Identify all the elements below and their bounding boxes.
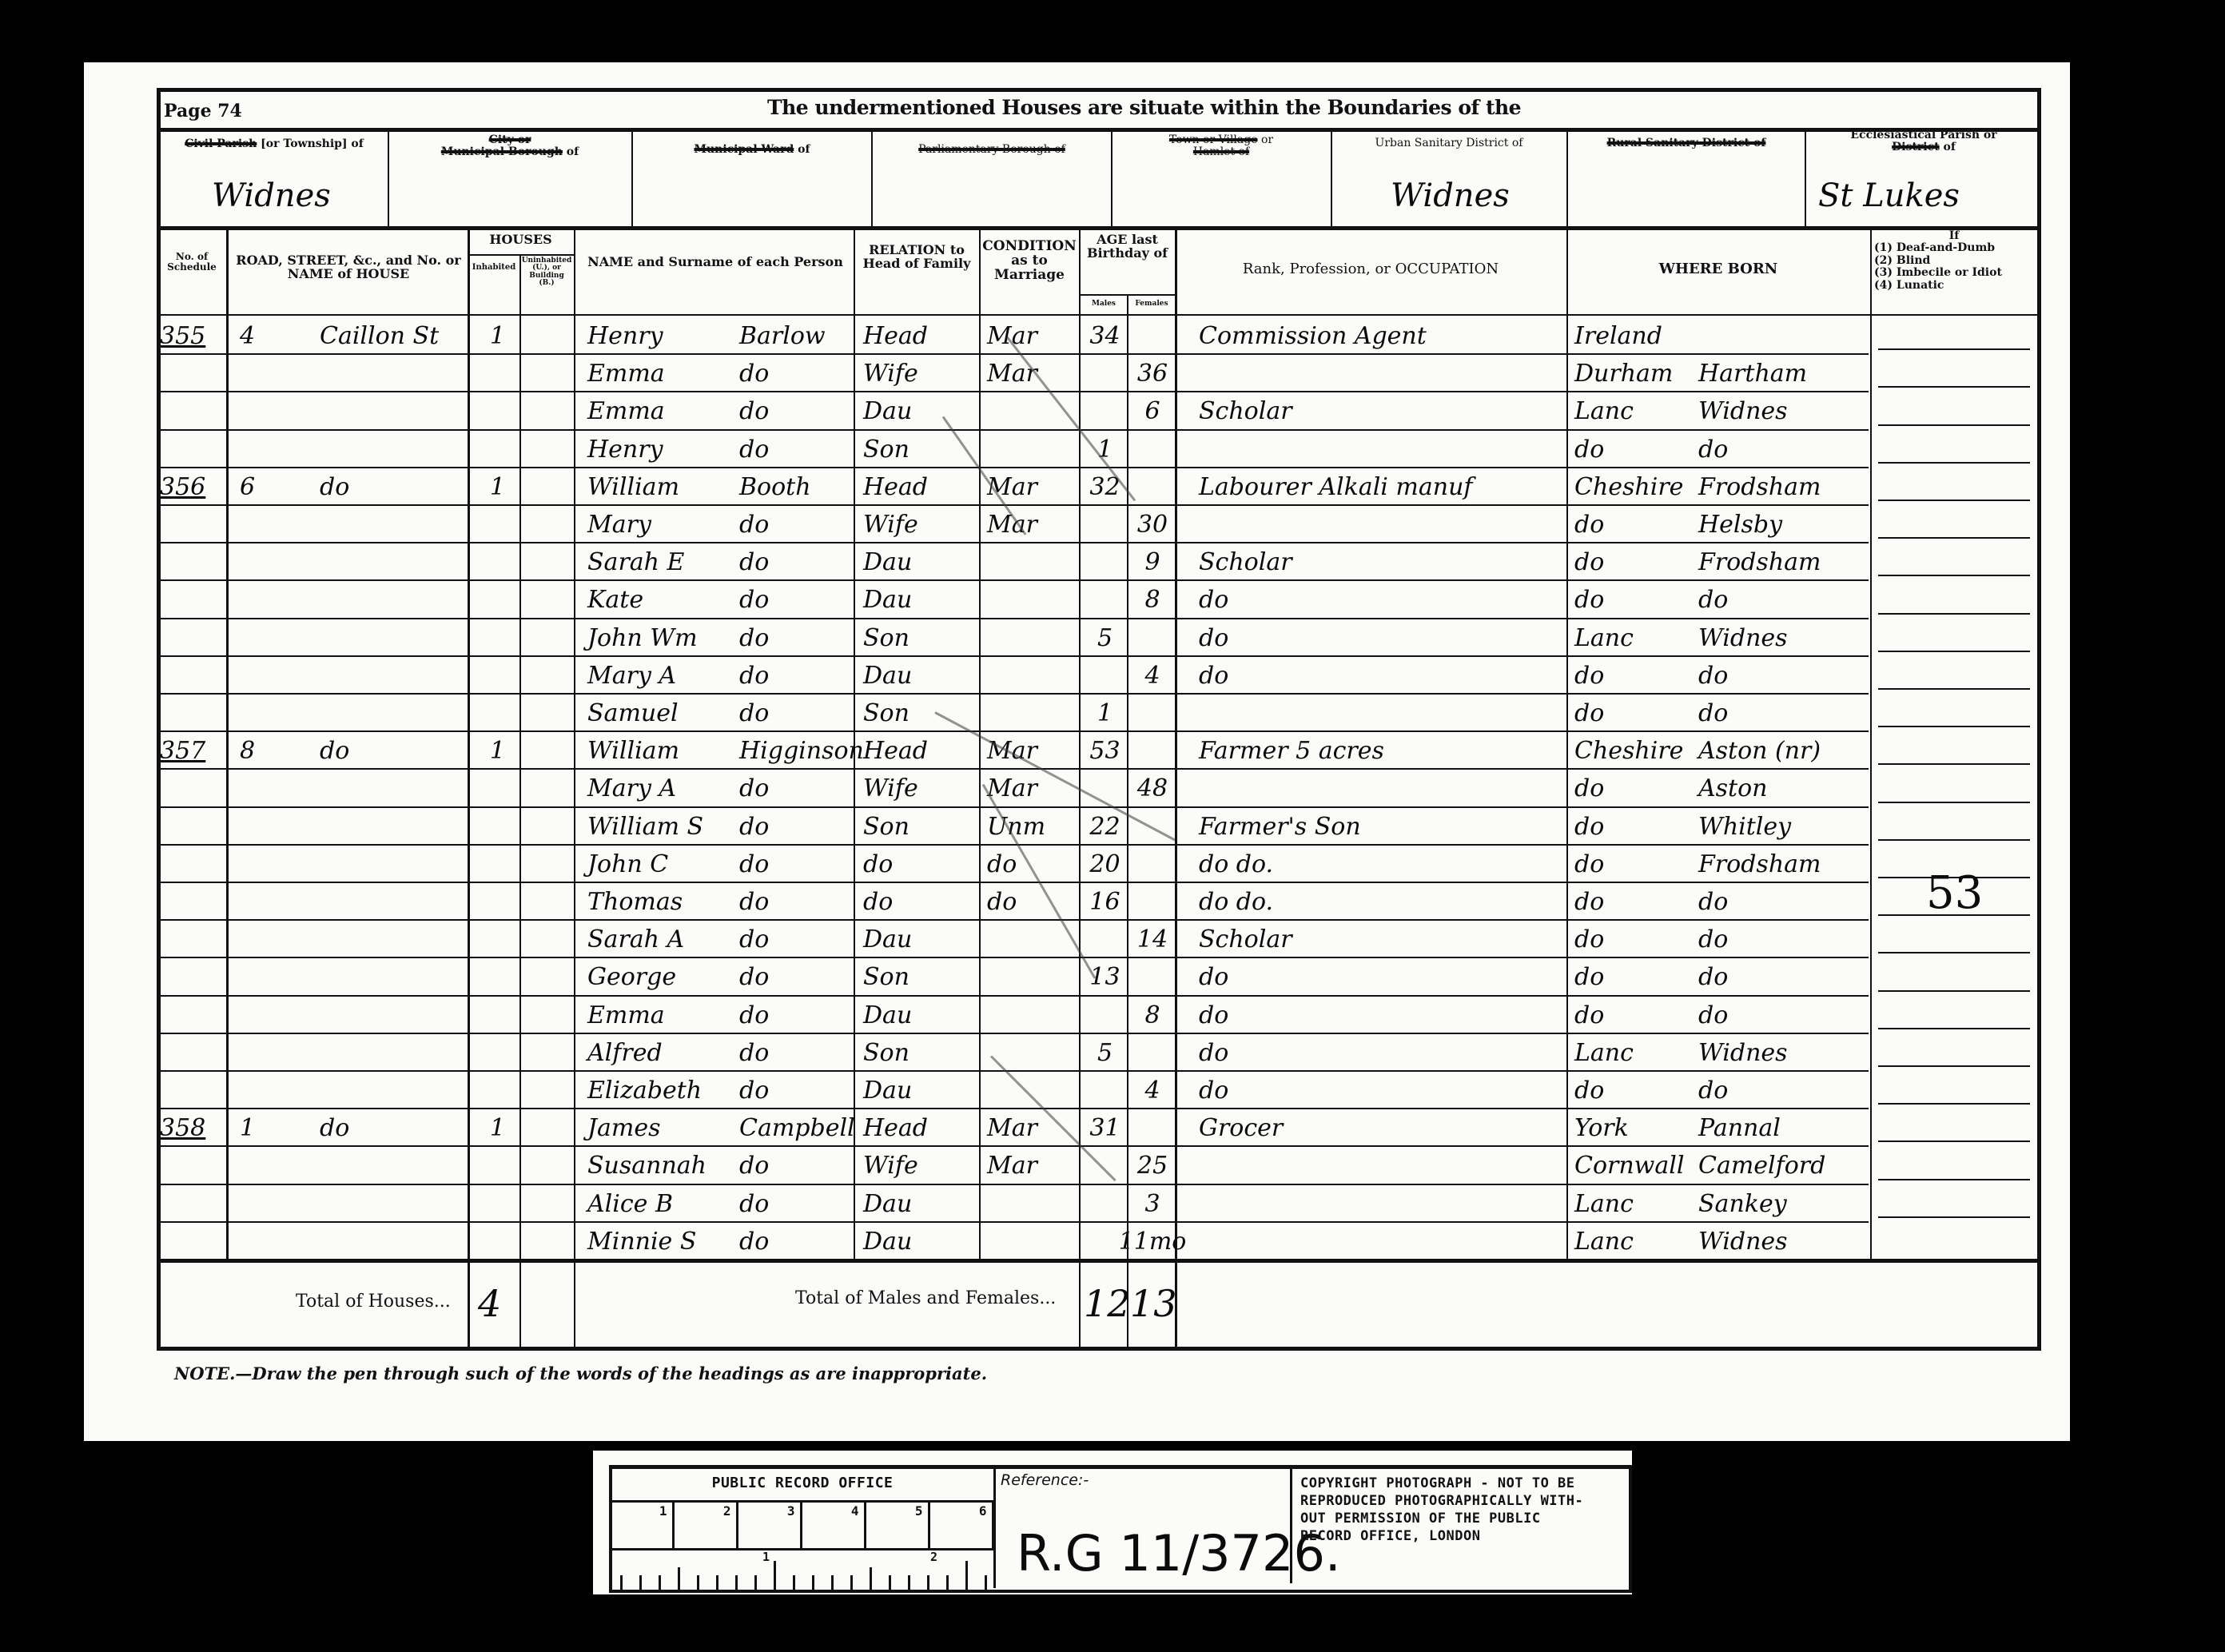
cell-born-county: do [1574, 579, 1694, 617]
cell-relation: Dau [863, 579, 975, 617]
district-parliamentary-borough-heading: Parliamentary Borough of [874, 144, 1110, 156]
cell-condition: Mar [987, 768, 1077, 806]
cell-born-county: York [1574, 1108, 1694, 1145]
cell-born-place: do [1698, 882, 1866, 919]
cell-born-place: Camelford [1698, 1145, 1866, 1183]
cell-schedule [160, 693, 224, 730]
cell-house-number [240, 693, 288, 730]
district-civil-parish-value: Widnes [212, 177, 331, 214]
cell-surname: Higginson [739, 730, 854, 768]
cell-occupation: do [1199, 1070, 1562, 1108]
cell-born-county: do [1574, 995, 1694, 1033]
cell-first-name: Thomas [587, 882, 739, 919]
cell-female-age: 4 [1130, 1070, 1175, 1108]
cell-female-age: 8 [1130, 579, 1175, 617]
cell-relation: Son [863, 618, 975, 655]
cell-inhabited [480, 1145, 515, 1183]
cell-female-age: 14 [1130, 919, 1175, 957]
cell-condition [987, 618, 1077, 655]
cell-born-county: Lanc [1574, 618, 1694, 655]
cell-female-age: 48 [1130, 768, 1175, 806]
cell-relation: Son [863, 1033, 975, 1070]
cell-condition [987, 1221, 1077, 1259]
cell-relation: Son [863, 957, 975, 994]
cell-born-place: Aston [1698, 768, 1866, 806]
cell-schedule: 357 [160, 730, 224, 768]
cell-occupation: do [1199, 995, 1562, 1033]
cell-female-age [1130, 1033, 1175, 1070]
cell-female-age: 30 [1130, 504, 1175, 542]
cell-road [320, 1145, 468, 1183]
cell-schedule [160, 1145, 224, 1183]
cell-first-name: James [587, 1108, 739, 1145]
cell-male-age: 32 [1083, 467, 1127, 504]
cell-born-county: do [1574, 844, 1694, 882]
cell-road [320, 693, 468, 730]
col-relation-header: RELATION to Head of Family [855, 244, 978, 271]
cell-surname: do [739, 618, 854, 655]
cell-male-age: 53 [1083, 730, 1127, 768]
cell-condition [987, 429, 1077, 467]
cell-house-number [240, 1145, 288, 1183]
district-municipal-ward-heading: Municipal Ward of [634, 144, 870, 156]
cell-female-age [1130, 806, 1175, 844]
cell-house-number [240, 353, 288, 391]
cell-house-number: 1 [240, 1108, 288, 1145]
cell-inhabited [480, 882, 515, 919]
cell-surname: do [739, 768, 854, 806]
cell-born-place: Aston (nr) [1698, 730, 1866, 768]
cell-female-age: 11mo [1130, 1221, 1175, 1259]
cell-inhabited [480, 768, 515, 806]
cell-road [320, 1070, 468, 1108]
cell-schedule [160, 504, 224, 542]
cell-occupation: Grocer [1199, 1108, 1562, 1145]
cell-inhabited: 1 [480, 316, 515, 353]
cell-born-county: Durham [1574, 353, 1694, 391]
cell-relation: Son [863, 429, 975, 467]
cell-house-number [240, 504, 288, 542]
cell-occupation [1199, 353, 1562, 391]
cell-surname: do [739, 655, 854, 693]
cell-first-name: Henry [587, 316, 739, 353]
cell-schedule: 355 [160, 316, 224, 353]
cell-male-age [1083, 1070, 1127, 1108]
col-males-header: Males [1081, 301, 1127, 308]
cell-born-county: Cheshire [1574, 730, 1694, 768]
cell-surname: do [739, 957, 854, 994]
cell-relation: do [863, 882, 975, 919]
col-age-header: AGE last Birthday of [1081, 233, 1174, 261]
cell-surname: Campbell [739, 1108, 854, 1145]
cell-female-age [1130, 316, 1175, 353]
cell-first-name: Sarah E [587, 542, 739, 579]
total-females-value: 13 [1130, 1282, 1177, 1325]
cell-condition: Mar [987, 353, 1077, 391]
cell-house-number: 4 [240, 316, 288, 353]
form-note: NOTE.—Draw the pen through such of the w… [174, 1363, 987, 1383]
cell-relation: Wife [863, 353, 975, 391]
cell-born-place: Widnes [1698, 1033, 1866, 1070]
cell-male-age [1083, 995, 1127, 1033]
district-rural-sanitary-heading: Rural Sanitary District of [1569, 137, 1804, 149]
ruler-number: 1 [659, 1503, 667, 1519]
col-road-header: ROAD, STREET, &c., and No. or NAME of HO… [232, 254, 465, 281]
cell-first-name: William [587, 730, 739, 768]
cell-female-age [1130, 882, 1175, 919]
cell-occupation [1199, 1221, 1562, 1259]
ruler-number: 3 [787, 1503, 795, 1519]
cell-road [320, 957, 468, 994]
cell-male-age: 5 [1083, 618, 1127, 655]
col-name-header: NAME and Surname of each Person [583, 256, 847, 269]
cell-road [320, 353, 468, 391]
cell-born-county: do [1574, 1070, 1694, 1108]
cell-relation: Wife [863, 1145, 975, 1183]
cell-relation: Dau [863, 1221, 975, 1259]
ruler-bottom: 12 [611, 1550, 994, 1590]
cell-occupation: Scholar [1199, 542, 1562, 579]
col-occupation-header: Rank, Profession, or OCCUPATION [1176, 262, 1565, 277]
cell-surname: do [739, 995, 854, 1033]
cell-born-place: do [1698, 693, 1866, 730]
cell-male-age: 5 [1083, 1033, 1127, 1070]
cell-born-place: Whitley [1698, 806, 1866, 844]
cell-born-place: Widnes [1698, 618, 1866, 655]
cell-male-age [1083, 504, 1127, 542]
cell-inhabited [480, 844, 515, 882]
cell-first-name: Alfred [587, 1033, 739, 1070]
cell-schedule [160, 542, 224, 579]
cell-condition [987, 655, 1077, 693]
cell-schedule [160, 844, 224, 882]
cell-schedule [160, 353, 224, 391]
cell-first-name: Mary A [587, 768, 739, 806]
cell-schedule [160, 655, 224, 693]
cell-schedule [160, 1184, 224, 1221]
cell-inhabited [480, 391, 515, 428]
reference-label: Reference:- [1001, 1471, 1089, 1489]
cell-house-number: 8 [240, 730, 288, 768]
cell-born-place: Widnes [1698, 391, 1866, 428]
cell-occupation: do do. [1199, 882, 1562, 919]
cell-condition: do [987, 882, 1077, 919]
cell-inhabited [480, 655, 515, 693]
total-persons-label: Total of Males and Females... [795, 1288, 1056, 1308]
cell-male-age: 16 [1083, 882, 1127, 919]
cell-born-county: do [1574, 693, 1694, 730]
copyright-notice: COPYRIGHT PHOTOGRAPH - NOT TO BE REPRODU… [1300, 1475, 1583, 1545]
cell-surname: do [739, 429, 854, 467]
cell-female-age: 4 [1130, 655, 1175, 693]
cell-surname: Barlow [739, 316, 854, 353]
margin-annotation: 53 [1926, 867, 1983, 919]
cell-born-county: do [1574, 504, 1694, 542]
cell-male-age: 1 [1083, 693, 1127, 730]
cell-first-name: Minnie S [587, 1221, 739, 1259]
col-uninhabited-header: Uninhabited (U.), or Building (B.) [521, 257, 572, 288]
cell-male-age [1083, 1184, 1127, 1221]
cell-house-number [240, 655, 288, 693]
cell-surname: do [739, 1145, 854, 1183]
cell-born-place [1698, 316, 1866, 353]
cell-house-number: 6 [240, 467, 288, 504]
cell-female-age [1130, 618, 1175, 655]
cell-female-age: 25 [1130, 1145, 1175, 1183]
cell-first-name: John C [587, 844, 739, 882]
cell-first-name: Elizabeth [587, 1070, 739, 1108]
cell-house-number [240, 995, 288, 1033]
cell-road [320, 844, 468, 882]
cell-inhabited [480, 1221, 515, 1259]
cell-born-place: Frodsham [1698, 542, 1866, 579]
cell-born-county: do [1574, 655, 1694, 693]
cell-occupation: do [1199, 579, 1562, 617]
cell-inhabited: 1 [480, 1108, 515, 1145]
total-houses-label: Total of Houses... [296, 1292, 451, 1312]
cell-road: do [320, 730, 468, 768]
total-houses-value: 4 [478, 1282, 501, 1325]
cell-first-name: Emma [587, 353, 739, 391]
cell-born-place: Helsby [1698, 504, 1866, 542]
cell-inhabited [480, 353, 515, 391]
cell-surname: do [739, 1184, 854, 1221]
cell-road [320, 1221, 468, 1259]
cell-born-county: do [1574, 957, 1694, 994]
cell-occupation: Labourer Alkali manuf [1199, 467, 1562, 504]
district-ecclesiastical-heading: Ecclesiastical Parish orDistrict of [1807, 129, 2040, 153]
cell-occupation [1199, 504, 1562, 542]
cell-house-number [240, 919, 288, 957]
cell-schedule [160, 1033, 224, 1070]
cell-road: Caillon St [320, 316, 468, 353]
ruler-top: 123456 [611, 1502, 994, 1548]
cell-female-age: 9 [1130, 542, 1175, 579]
cell-male-age: 34 [1083, 316, 1127, 353]
cell-first-name: Samuel [587, 693, 739, 730]
cell-born-county: do [1574, 882, 1694, 919]
cell-house-number [240, 882, 288, 919]
cell-female-age [1130, 467, 1175, 504]
cell-female-age [1130, 693, 1175, 730]
cell-surname: do [739, 1221, 854, 1259]
cell-first-name: William S [587, 806, 739, 844]
cell-relation: Head [863, 1108, 975, 1145]
cell-born-county: do [1574, 429, 1694, 467]
cell-occupation: do [1199, 957, 1562, 994]
cell-inhabited: 1 [480, 730, 515, 768]
cell-first-name: John Wm [587, 618, 739, 655]
cell-house-number [240, 429, 288, 467]
cell-occupation [1199, 1145, 1562, 1183]
cell-occupation [1199, 693, 1562, 730]
cell-surname: do [739, 504, 854, 542]
cell-male-age [1083, 391, 1127, 428]
cell-schedule [160, 1070, 224, 1108]
cell-schedule [160, 806, 224, 844]
ruler-number: 2 [723, 1503, 731, 1519]
cell-born-county: Lanc [1574, 391, 1694, 428]
ruler-number: 1 [762, 1550, 770, 1564]
cell-born-county: do [1574, 542, 1694, 579]
cell-inhabited [480, 995, 515, 1033]
archive-office-label: PUBLIC RECORD OFFICE [611, 1475, 994, 1491]
cell-schedule [160, 957, 224, 994]
cell-inhabited [480, 806, 515, 844]
cell-road: do [320, 1108, 468, 1145]
cell-inhabited [480, 919, 515, 957]
cell-occupation: do [1199, 1033, 1562, 1070]
cell-inhabited [480, 542, 515, 579]
cell-house-number [240, 806, 288, 844]
cell-house-number [240, 844, 288, 882]
cell-surname: do [739, 844, 854, 882]
cell-condition [987, 995, 1077, 1033]
ruler-number: 5 [915, 1503, 923, 1519]
cell-female-age [1130, 844, 1175, 882]
cell-female-age: 36 [1130, 353, 1175, 391]
cell-relation: Dau [863, 919, 975, 957]
cell-relation: Head [863, 467, 975, 504]
cell-condition: Mar [987, 316, 1077, 353]
cell-road [320, 655, 468, 693]
cell-surname: do [739, 391, 854, 428]
cell-female-age [1130, 1108, 1175, 1145]
cell-first-name: Sarah A [587, 919, 739, 957]
cell-relation: Dau [863, 391, 975, 428]
cell-male-age [1083, 768, 1127, 806]
col-houses-header: HOUSES [468, 233, 574, 247]
cell-house-number [240, 391, 288, 428]
cell-occupation: Commission Agent [1199, 316, 1562, 353]
cell-condition: do [987, 844, 1077, 882]
cell-house-number [240, 579, 288, 617]
cell-inhabited [480, 957, 515, 994]
cell-surname: do [739, 542, 854, 579]
cell-inhabited [480, 579, 515, 617]
cell-house-number [240, 1221, 288, 1259]
cell-male-age [1083, 919, 1127, 957]
cell-inhabited [480, 429, 515, 467]
cell-occupation: Farmer's Son [1199, 806, 1562, 844]
cell-born-place: do [1698, 1070, 1866, 1108]
district-ecclesiastical-value: St Lukes [1818, 177, 1960, 214]
cell-schedule [160, 429, 224, 467]
cell-first-name: Kate [587, 579, 739, 617]
cell-female-age: 3 [1130, 1184, 1175, 1221]
cell-schedule [160, 768, 224, 806]
cell-born-county: Lanc [1574, 1184, 1694, 1221]
cell-inhabited [480, 1070, 515, 1108]
cell-male-age [1083, 353, 1127, 391]
cell-occupation [1199, 429, 1562, 467]
cell-schedule [160, 618, 224, 655]
cell-condition: Mar [987, 1145, 1077, 1183]
cell-occupation [1199, 768, 1562, 806]
cell-first-name: Mary A [587, 655, 739, 693]
district-urban-sanitary-value: Widnes [1391, 177, 1510, 214]
cell-occupation: Scholar [1199, 391, 1562, 428]
cell-relation: Dau [863, 995, 975, 1033]
cell-male-age [1083, 579, 1127, 617]
reference-value: R.G 11/3726. [1017, 1524, 1341, 1582]
cell-surname: do [739, 353, 854, 391]
cell-born-county: Ireland [1574, 316, 1694, 353]
cell-house-number [240, 1070, 288, 1108]
cell-male-age [1083, 1145, 1127, 1183]
cell-relation: Head [863, 316, 975, 353]
cell-schedule [160, 919, 224, 957]
cell-relation: Wife [863, 504, 975, 542]
cell-born-place: Pannal [1698, 1108, 1866, 1145]
cell-surname: do [739, 1070, 854, 1108]
archive-label: PUBLIC RECORD OFFICE 123456 12 Reference… [593, 1451, 1632, 1594]
cell-road [320, 504, 468, 542]
cell-female-age: 8 [1130, 995, 1175, 1033]
cell-condition [987, 579, 1077, 617]
cell-schedule [160, 391, 224, 428]
cell-house-number [240, 618, 288, 655]
col-inhabited-header: Inhabited [469, 264, 519, 273]
cell-born-place: Hartham [1698, 353, 1866, 391]
cell-relation: Dau [863, 1070, 975, 1108]
cell-female-age: 6 [1130, 391, 1175, 428]
cell-surname: do [739, 882, 854, 919]
ruler-number: 4 [851, 1503, 859, 1519]
cell-born-place: do [1698, 579, 1866, 617]
cell-inhabited: 1 [480, 467, 515, 504]
district-town-village-heading: Town or Village orHamlet of [1113, 134, 1329, 157]
cell-road [320, 618, 468, 655]
cell-relation: Wife [863, 768, 975, 806]
cell-born-place: Widnes [1698, 1221, 1866, 1259]
cell-house-number [240, 957, 288, 994]
cell-female-age [1130, 730, 1175, 768]
cell-born-county: Lanc [1574, 1221, 1694, 1259]
cell-occupation: do do. [1199, 844, 1562, 882]
cell-female-age [1130, 429, 1175, 467]
district-municipal-borough-heading: City orMunicipal Borough of [390, 134, 630, 157]
district-urban-sanitary-heading: Urban Sanitary District of [1333, 137, 1565, 149]
cell-first-name: Emma [587, 391, 739, 428]
cell-house-number [240, 1184, 288, 1221]
col-females-header: Females [1128, 301, 1175, 308]
cell-road: do [320, 467, 468, 504]
cell-born-place: do [1698, 995, 1866, 1033]
cell-condition: Mar [987, 504, 1077, 542]
cell-male-age [1083, 655, 1127, 693]
cell-surname: do [739, 919, 854, 957]
cell-male-age: 31 [1083, 1108, 1127, 1145]
cell-relation: Dau [863, 655, 975, 693]
cell-condition [987, 693, 1077, 730]
cell-schedule [160, 882, 224, 919]
cell-born-place: Frodsham [1698, 844, 1866, 882]
col-infirmity-header: If (1) Deaf-and-Dumb (2) Blind (3) Imbec… [1874, 230, 2034, 292]
cell-occupation: do [1199, 618, 1562, 655]
cell-male-age: 20 [1083, 844, 1127, 882]
cell-road [320, 579, 468, 617]
cell-first-name: Mary [587, 504, 739, 542]
cell-condition [987, 1070, 1077, 1108]
cell-road [320, 429, 468, 467]
cell-surname: do [739, 579, 854, 617]
cell-schedule [160, 1221, 224, 1259]
cell-male-age [1083, 542, 1127, 579]
cell-road [320, 1184, 468, 1221]
cell-road [320, 391, 468, 428]
cell-surname: do [739, 1033, 854, 1070]
